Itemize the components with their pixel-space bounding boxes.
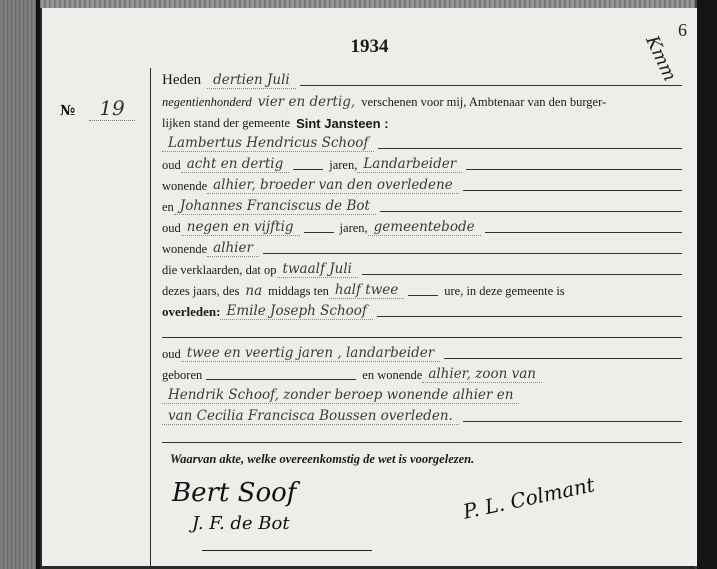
line-blank-2 <box>162 425 682 446</box>
line-declarant2-age: oud negen en vijftig jaren, gemeentebode <box>162 215 682 236</box>
death-record-page: 6 Kmm 1934 № 19 Heden dertien Juli negen… <box>42 8 697 566</box>
closing-statement: Waarvan akte, welke overeenkomstig de we… <box>170 452 474 467</box>
line-death-date: die verklaarden, dat op twaalf Juli <box>162 257 682 278</box>
line-deceased-birth: geboren en wonende alhier, zoon van <box>162 362 682 383</box>
line-death-time: dezes jaars, des na middags ten half twe… <box>162 278 682 299</box>
declarant2-name: Johannes Franciscus de Bot <box>174 198 376 215</box>
declarant2-occupation: gemeentebode <box>368 219 481 236</box>
deceased-name: Emile Joseph Schoof <box>220 303 372 320</box>
line-declarant1-name: Lambertus Hendricus Schoof <box>162 131 682 152</box>
line-year: negentienhonderd vier en dertig, versche… <box>162 89 682 110</box>
act-number-value: 19 <box>89 96 134 121</box>
line-declarant2-residence: wonende alhier <box>162 236 682 257</box>
parents-line-1: Hendrik Schoof, zonder beroep wonende al… <box>162 387 519 404</box>
municipality: Sint Jansteen : <box>296 116 388 131</box>
line-declarant1-residence: wonende alhier, broeder van den overlede… <box>162 173 682 194</box>
line-parents-2: van Cecilia Francisca Boussen overleden. <box>162 404 682 425</box>
deceased-age-occupation: twee en veertig jaren , landarbeider <box>181 345 440 362</box>
book-right-edge <box>695 0 717 569</box>
deceased-residence: alhier, zoon van <box>422 366 542 383</box>
date-handwritten: dertien Juli <box>207 72 296 89</box>
declarant1-age: acht en dertig <box>181 156 289 173</box>
line-deceased-age: oud twee en veertig jaren , landarbeider <box>162 341 682 362</box>
declarant1-residence: alhier, broeder van den overledene <box>207 177 459 194</box>
act-number-label: № <box>60 103 75 119</box>
declarant1-occupation: Landarbeider <box>357 156 462 173</box>
line-parents-1: Hendrik Schoof, zonder beroep wonende al… <box>162 383 682 404</box>
book-spine-edge <box>0 0 40 569</box>
line-municipality: lijken stand der gemeente Sint Jansteen … <box>162 110 682 131</box>
record-body: Heden dertien Juli negentienhonderd vier… <box>162 63 682 446</box>
line-date: Heden dertien Juli <box>162 63 682 89</box>
parents-line-2: van Cecilia Francisca Boussen overleden. <box>162 408 459 425</box>
record-year: 1934 <box>42 36 697 58</box>
death-time-period: na <box>239 283 268 299</box>
act-number: № 19 <box>60 96 135 121</box>
death-time: half twee <box>329 282 404 299</box>
death-date: twaalf Juli <box>277 261 358 278</box>
signature-declarant1: Bert Soof <box>172 478 296 508</box>
signature-line <box>202 550 372 551</box>
signature-registrar: P. L. Colmant <box>461 472 597 523</box>
line-deceased-name: overleden: Emile Joseph Schoof <box>162 299 682 320</box>
signature-declarant2: J. F. de Bot <box>192 513 290 534</box>
margin-rule <box>150 68 151 568</box>
declarant2-residence: alhier <box>207 240 259 257</box>
signatures: Bert Soof J. F. de Bot P. L. Colmant <box>162 468 682 568</box>
page-top-edge <box>40 0 697 8</box>
line-declarant1-age: oud acht en dertig jaren, Landarbeider <box>162 152 682 173</box>
line-declarant2-name: en Johannes Franciscus de Bot <box>162 194 682 215</box>
year-handwritten: vier en dertig, <box>252 94 361 110</box>
line-blank <box>162 320 682 341</box>
declarant1-name: Lambertus Hendricus Schoof <box>162 135 374 152</box>
declarant2-age: negen en vijftig <box>181 219 300 236</box>
